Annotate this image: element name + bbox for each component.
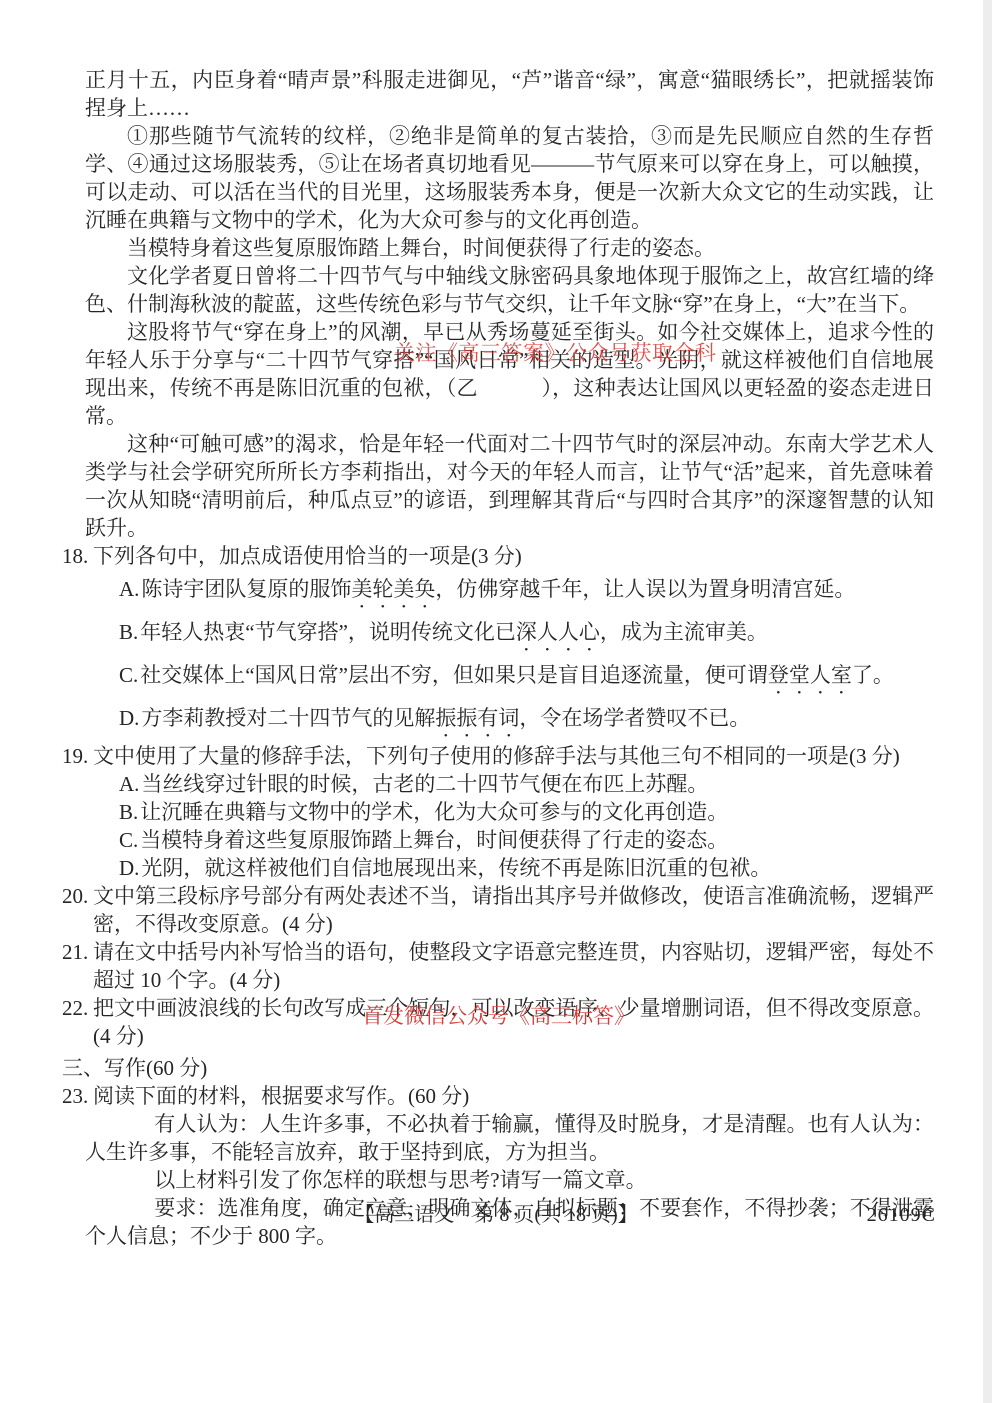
page-footer: 【高三语文 第 8 页(共 18 页)】 26109C xyxy=(0,1202,992,1228)
option-label: D. xyxy=(119,706,139,730)
question-22: 22. 把文中画波浪线的长句改写成三个短句，可以改变语序、少量增删词语，但不得改… xyxy=(62,994,934,1050)
question-stem: 请在文中括号内补写恰当的语句，使整段文字语意完整连贯，内容贴切，逻辑严密，每处不… xyxy=(93,940,934,992)
option-text: 社交媒体上“国风日常”层出不穷，但如果只是盲目追逐流量，便可谓 xyxy=(140,663,768,687)
question-stem: 阅读下面的材料，根据要求写作。(60 分) xyxy=(93,1084,469,1108)
passage-paragraph-numbered: ①那些随节气流转的纹样，②绝非是简单的复古装拾，③而是先民顺应自然的生存哲学、④… xyxy=(85,122,934,234)
question-20: 20. 文中第三段标序号部分有两处表述不当，请指出其序号并做修改，使语言准确流畅… xyxy=(62,882,934,938)
footer-page-label: 【高三语文 第 8 页(共 18 页)】 xyxy=(0,1202,992,1228)
passage-paragraph: 这股将节气“穿在身上”的风潮，早已从秀场蔓延至街头。如今社交媒体上，追求今性的年… xyxy=(85,318,934,430)
option-d: D.方李莉教授对二十四节气的见解振振有词，令在场学者赞叹不已。 xyxy=(119,704,934,742)
passage-paragraph: 文化学者夏日曾将二十四节气与中轴线文脉密码具象地体现于服饰之上，故宫红墙的绛色、… xyxy=(85,262,934,318)
emphasized-idiom: 深人人心 xyxy=(516,620,600,644)
option-text: 当模特身着这些复原服饰踏上舞台，时间便获得了行走的姿态。 xyxy=(140,828,728,852)
essay-material-paragraph: 有人认为：人生许多事，不必执着于输赢，懂得及时脱身，才是清醒。也有人认为：人生许… xyxy=(85,1110,934,1166)
question-stem: 下列各句中，加点成语使用恰当的一项是(3 分) xyxy=(93,544,522,568)
question-number: 18. xyxy=(62,542,88,570)
exam-content: 正月十五，内臣身着“晴声景”科服走进御见，“芦”谐音“绿”，寓意“猫眼绣长”，把… xyxy=(62,66,934,1250)
writing-section-heading: 三、写作(60 分) xyxy=(62,1054,934,1082)
emphasized-idiom: 美轮美奂 xyxy=(351,577,435,601)
question-number: 20. xyxy=(62,882,88,910)
question-18-options: A.陈诗宇团队复原的服饰美轮美奂，仿佛穿越千年，让人误以为置身明清宫延。 B.年… xyxy=(93,575,934,742)
option-label: C. xyxy=(119,663,138,687)
option-text: ，仿佛穿越千年，让人误以为置身明清宫延。 xyxy=(435,577,855,601)
essay-material-paragraph: 以上材料引发了你怎样的联想与思考?请写一篇文章。 xyxy=(85,1166,934,1194)
option-label: C. xyxy=(119,828,138,852)
question-23: 23. 阅读下面的材料，根据要求写作。(60 分) xyxy=(62,1082,934,1110)
option-text: 光阴，就这样被他们自信地展现出来，传统不再是陈旧沉重的包袱。 xyxy=(141,856,771,880)
option-text: 了。 xyxy=(852,663,894,687)
question-stem: 文中第三段标序号部分有两处表述不当，请指出其序号并做修改，使语言准确流畅，逻辑严… xyxy=(93,884,934,936)
question-stem: 文中使用了大量的修辞手法，下列句子使用的修辞手法与其他三句不相同的一项是(3 分… xyxy=(93,744,900,768)
option-d: D.光阴，就这样被他们自信地展现出来，传统不再是陈旧沉重的包袱。 xyxy=(119,854,934,882)
option-label: B. xyxy=(119,620,138,644)
option-label: D. xyxy=(119,856,139,880)
option-a: A.陈诗宇团队复原的服饰美轮美奂，仿佛穿越千年，让人误以为置身明清宫延。 xyxy=(119,575,934,613)
option-label: B. xyxy=(119,800,138,824)
option-text: 当丝线穿过针眼的时候，古老的二十四节气便在布匹上苏醒。 xyxy=(141,772,708,796)
passage-paragraph: 正月十五，内臣身着“晴声景”科服走进御见，“芦”谐音“绿”，寓意“猫眼绣长”，把… xyxy=(85,66,934,122)
option-text: 让沉睡在典籍与文物中的学术，化为大众可参与的文化再创造。 xyxy=(140,800,728,824)
question-18: 18. 下列各句中，加点成语使用恰当的一项是(3 分) A.陈诗宇团队复原的服饰… xyxy=(62,542,934,742)
passage-paragraph: 当模特身着这些复原服饰踏上舞台，时间便获得了行走的姿态。 xyxy=(85,234,934,262)
question-19: 19. 文中使用了大量的修辞手法，下列句子使用的修辞手法与其他三句不相同的一项是… xyxy=(62,742,934,882)
option-c: C.社交媒体上“国风日常”层出不穷，但如果只是盲目追逐流量，便可谓登堂人室了。 xyxy=(119,661,934,699)
footer-paper-code: 26109C xyxy=(867,1202,936,1228)
option-text: 年轻人热衷“节气穿搭”，说明传统文化已 xyxy=(140,620,516,644)
question-21: 21. 请在文中括号内补写恰当的语句，使整段文字语意完整连贯，内容贴切，逻辑严密… xyxy=(62,938,934,994)
option-b: B.年轻人热衷“节气穿搭”，说明传统文化已深人人心，成为主流审美。 xyxy=(119,618,934,656)
scan-edge-shadow xyxy=(983,0,992,1403)
reading-passage: 正月十五，内臣身着“晴声景”科服走进御见，“芦”谐音“绿”，寓意“猫眼绣长”，把… xyxy=(62,66,934,542)
emphasized-idiom: 振振有词 xyxy=(435,706,519,730)
option-label: A. xyxy=(119,772,139,796)
question-number: 22. xyxy=(62,994,88,1022)
emphasized-idiom: 登堂人室 xyxy=(768,663,852,687)
question-number: 19. xyxy=(62,742,88,770)
option-a: A.当丝线穿过针眼的时候，古老的二十四节气便在布匹上苏醒。 xyxy=(119,770,934,798)
option-text: ，成为主流审美。 xyxy=(600,620,768,644)
exam-page: { "page": { "footer_center": "【高三语文 第 8 … xyxy=(0,0,992,1403)
option-label: A. xyxy=(119,577,139,601)
option-text: 方李莉教授对二十四节气的见解 xyxy=(141,706,435,730)
question-number: 21. xyxy=(62,938,88,966)
option-text: ，令在场学者赞叹不已。 xyxy=(519,706,750,730)
option-c: C.当模特身着这些复原服饰踏上舞台，时间便获得了行走的姿态。 xyxy=(119,826,934,854)
option-b: B.让沉睡在典籍与文物中的学术，化为大众可参与的文化再创造。 xyxy=(119,798,934,826)
passage-paragraph: 这种“可触可感”的渴求，恰是年轻一代面对二十四节气时的深层冲动。东南大学艺术人类… xyxy=(85,430,934,542)
option-text: 陈诗宇团队复原的服饰 xyxy=(141,577,351,601)
question-stem: 把文中画波浪线的长句改写成三个短句，可以改变语序、少量增删词语，但不得改变原意。… xyxy=(93,996,934,1048)
essay-material: 有人认为：人生许多事，不必执着于输赢，懂得及时脱身，才是清醒。也有人认为：人生许… xyxy=(85,1110,934,1250)
question-19-options: A.当丝线穿过针眼的时候，古老的二十四节气便在布匹上苏醒。 B.让沉睡在典籍与文… xyxy=(93,770,934,882)
question-number: 23. xyxy=(62,1082,88,1110)
